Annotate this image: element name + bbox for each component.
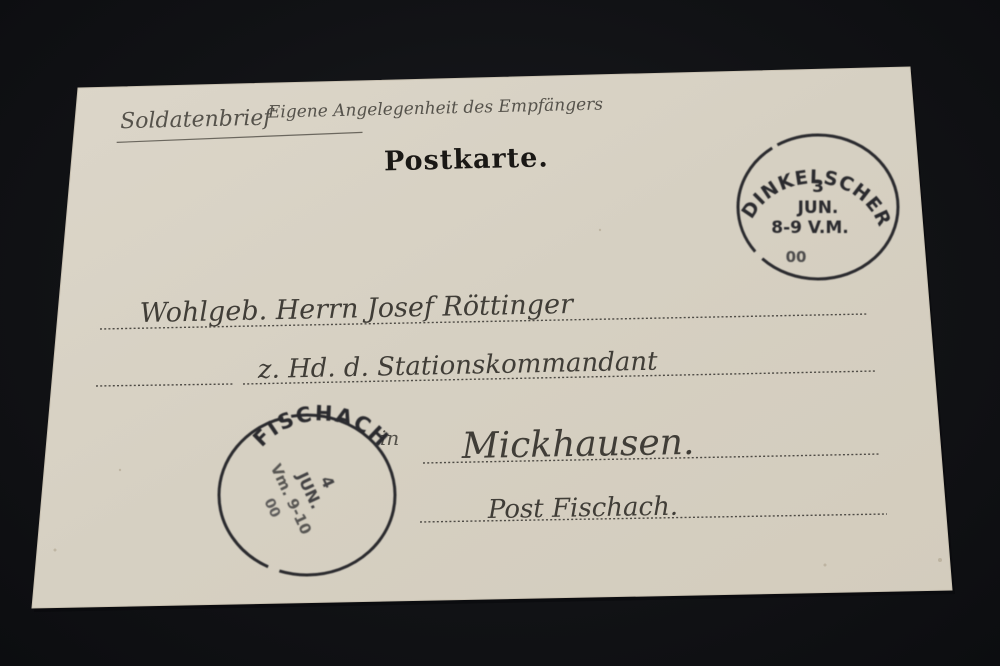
svg-text:3: 3 [812,177,824,197]
address-city: Mickhausen. [460,422,694,467]
svg-text:JUN.: JUN. [797,198,839,218]
photo-scene: Soldatenbrief Eigene Angelegenheit des E… [0,0,1000,666]
address-line-4: Post Fischach. [487,492,679,525]
top-note-label: Soldatenbrief [120,105,276,134]
svg-text:00: 00 [786,248,807,266]
svg-text:8-9 V.M.: 8-9 V.M. [771,218,848,238]
postcard-photo: Soldatenbrief Eigene Angelegenheit des E… [0,0,1000,666]
postkarte-heading: Postkarte. [384,142,549,177]
